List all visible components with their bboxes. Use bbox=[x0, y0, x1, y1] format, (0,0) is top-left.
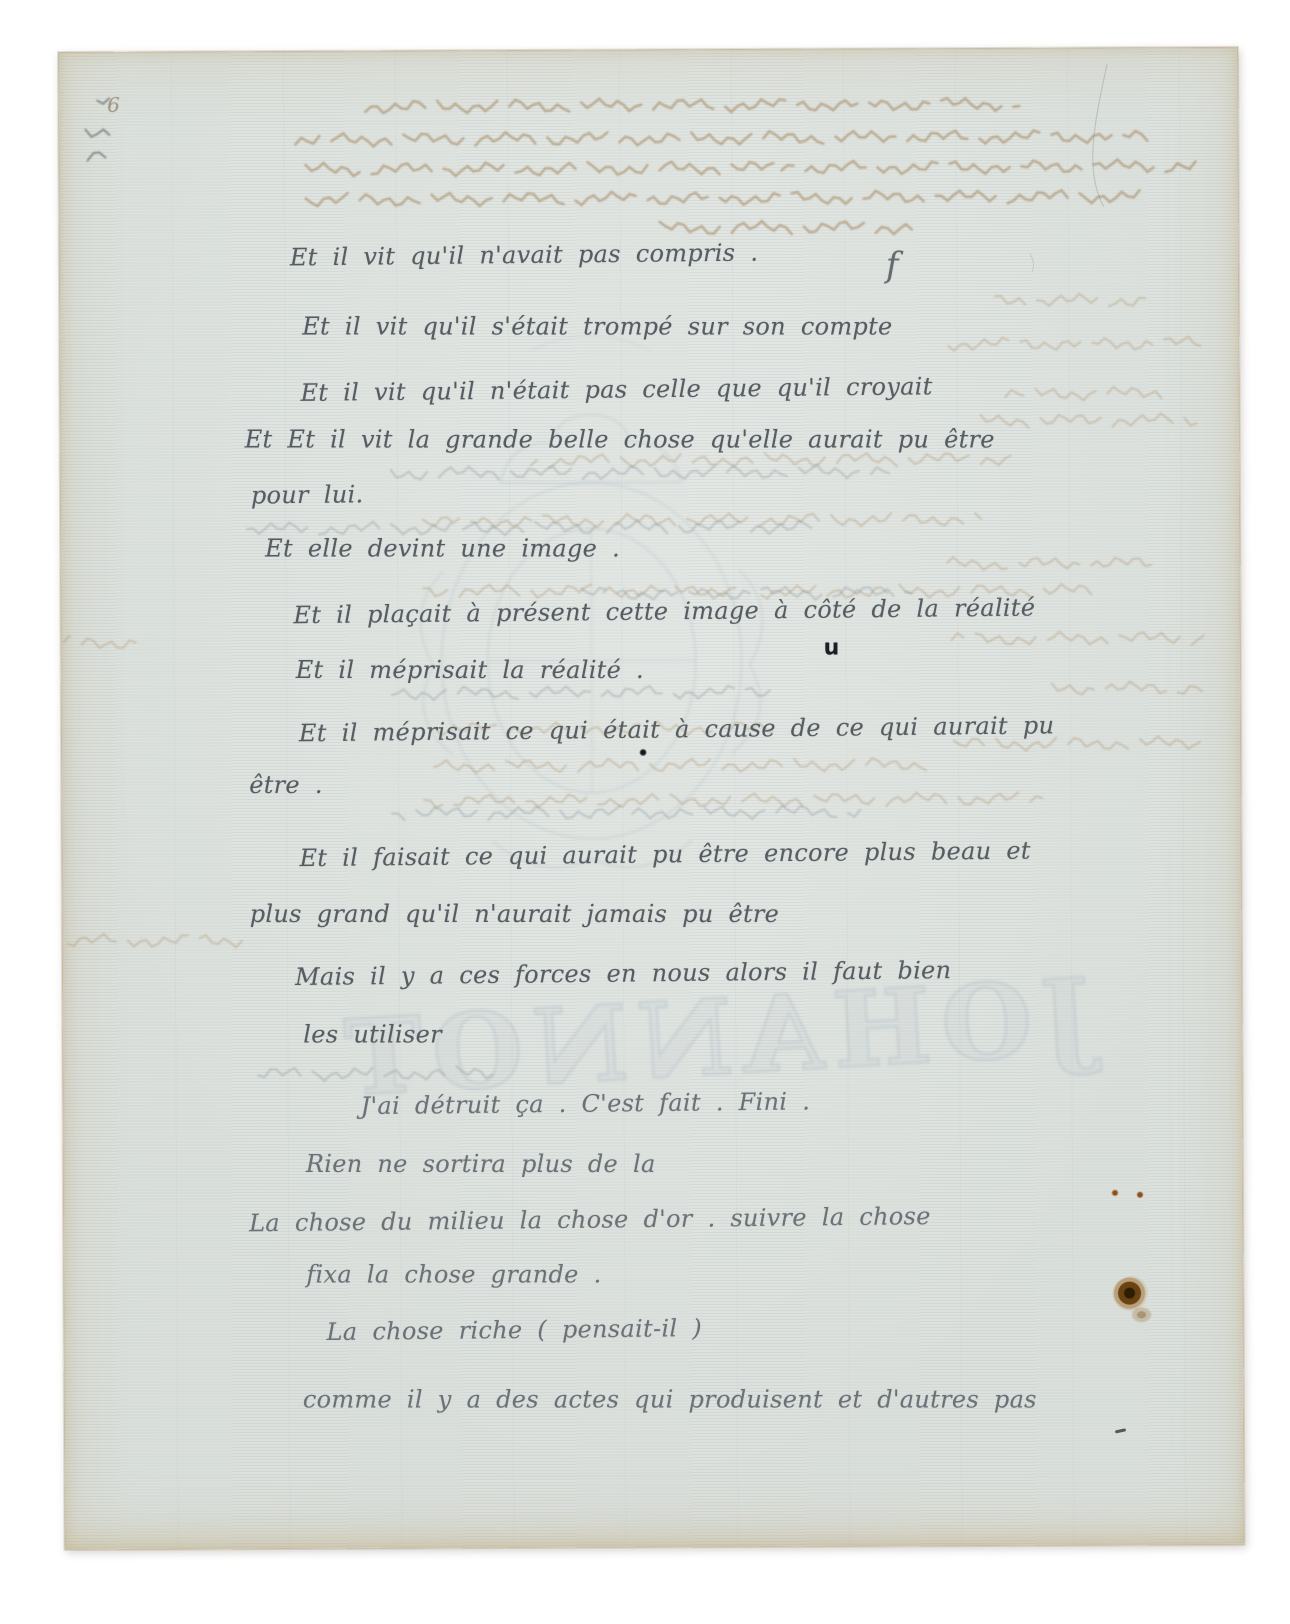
scan-background: JOHANNOT Et il vit qu'il n'avait pas com… bbox=[0, 0, 1290, 1624]
paper-crease bbox=[59, 48, 1244, 1549]
manuscript-page: JOHANNOT Et il vit qu'il n'avait pas com… bbox=[58, 47, 1245, 1550]
